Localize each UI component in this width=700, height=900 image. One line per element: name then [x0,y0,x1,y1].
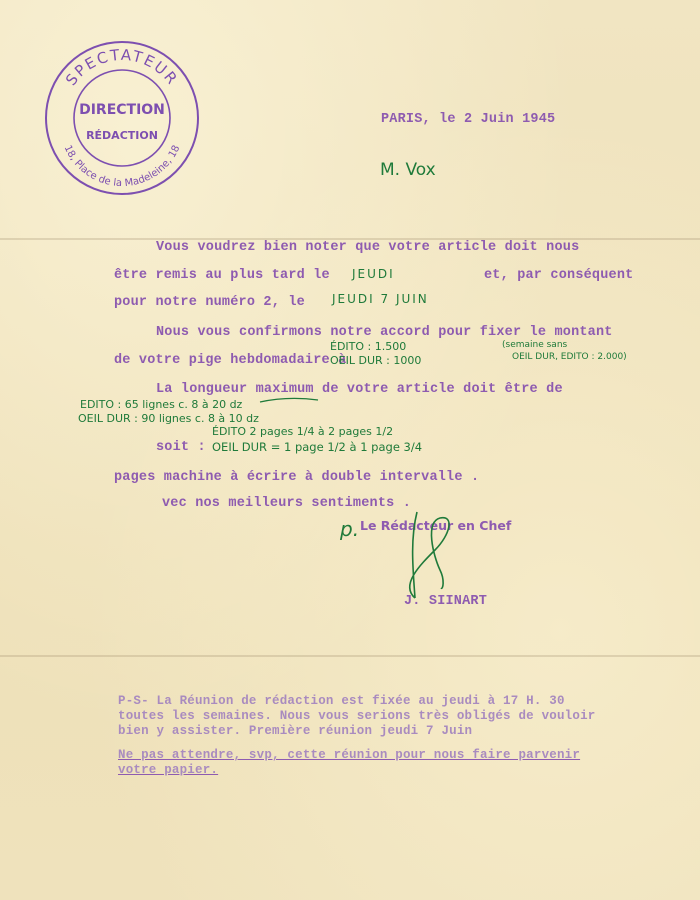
date-line: PARIS, le 2 Juin 1945 [381,112,555,127]
handwritten-length-oeil-dur: OEIL DUR : 90 lignes c. 8 à 10 dz [78,412,259,425]
stamp-direction: DIRECTION [79,102,165,118]
paper-fold [0,655,700,657]
body-line-7a: soit : [156,440,206,455]
stamp-ring-top: SPECTATEUR [62,46,182,89]
body-line-3a: pour notre numéro 2, le [114,295,305,310]
body-line-2a: être remis au plus tard le [114,268,330,283]
circular-stamp: SPECTATEUR 18, Place de la Madeleine, 18… [42,38,202,198]
handwritten-pages-oeil-dur: OEIL DUR = 1 page 1/2 à 1 page 3/4 [212,440,422,454]
stamp-redaction: RÉDACTION [86,129,158,142]
handwritten-p: p. [340,517,359,541]
handwritten-date: JEUDI 7 JUIN [332,292,429,306]
signatory-name: J. SIINART [404,594,487,609]
body-line-1: Vous voudrez bien noter que votre articl… [156,240,579,255]
body-line-2b: et, par conséquent [484,268,633,283]
signature [395,510,465,600]
handwritten-overline [258,396,320,404]
handwritten-length-edito: EDITO : 65 lignes c. 8 à 20 dz [80,398,242,411]
handwritten-fee-oeil-dur: OEIL DUR : 1000 [330,354,421,367]
recipient-name: M. Vox [380,160,436,180]
handwritten-note-top: (semaine sans [502,340,567,350]
postscript-underlined-1: Ne pas attendre, svp, cette réunion pour… [118,748,580,763]
body-line-5a: de votre pige hebdomadaire à [114,353,346,368]
handwritten-day: JEUDI [352,267,395,281]
body-line-8: pages machine à écrire à double interval… [114,470,479,485]
body-line-6: La longueur maximum de votre article doi… [156,382,563,397]
postscript-text: P-S- La Réunion de rédaction est fixée a… [118,694,595,739]
closing-line: vec nos meilleurs sentiments . [162,496,411,511]
handwritten-pages-edito: ÉDITO 2 pages 1/4 à 2 pages 1/2 [212,425,393,438]
handwritten-fee-edito: ÉDITO : 1.500 [330,340,406,353]
handwritten-note-bottom: OEIL DUR, EDITO : 2.000) [512,352,627,362]
body-line-4: Nous vous confirmons notre accord pour f… [156,325,613,340]
postscript-underlined-2: votre papier. [118,763,218,778]
svg-text:SPECTATEUR: SPECTATEUR [62,46,182,89]
